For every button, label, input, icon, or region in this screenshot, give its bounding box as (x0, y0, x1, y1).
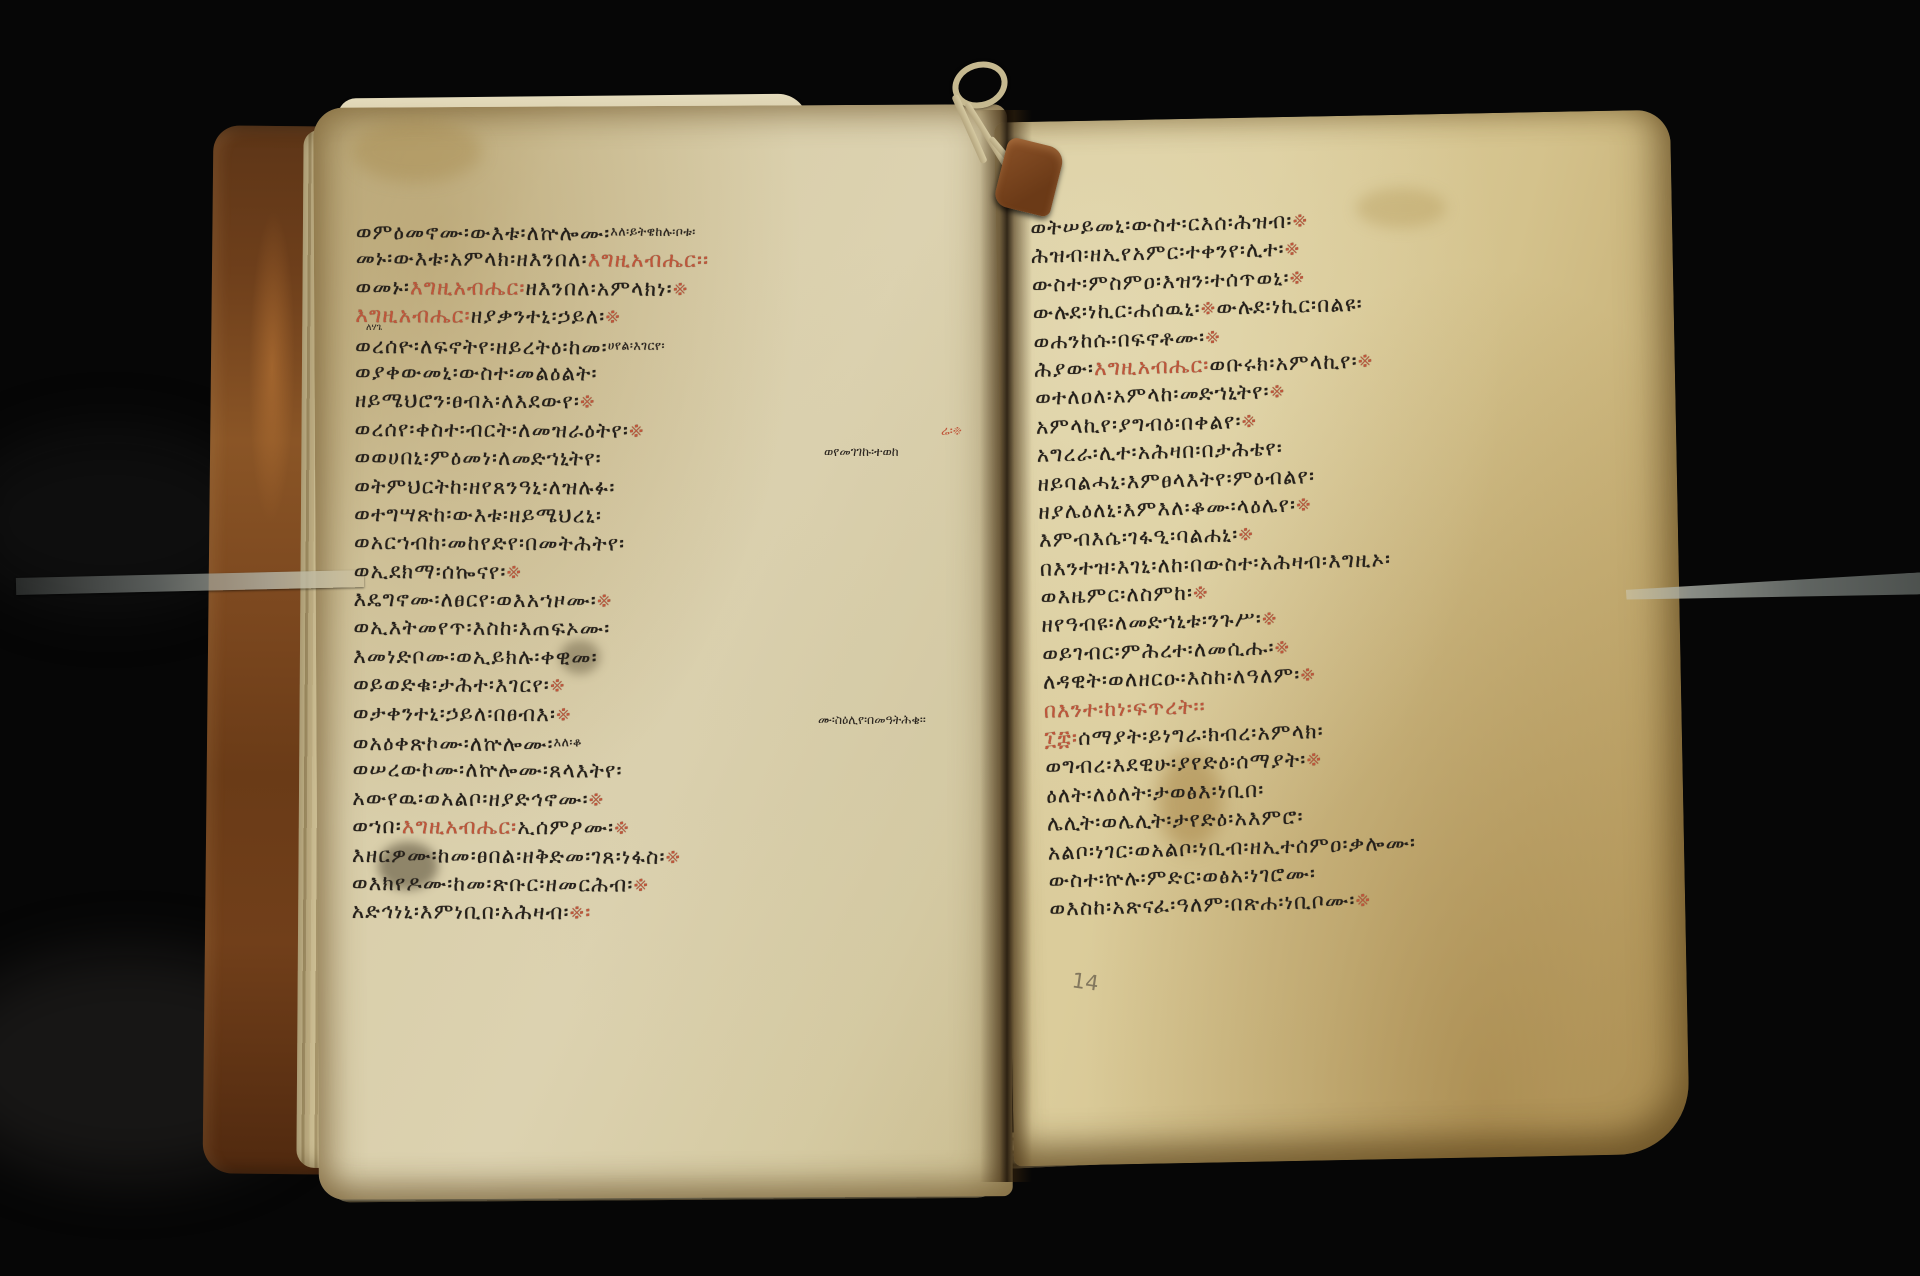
red-ink-text: ፠ (1289, 265, 1305, 289)
manuscript-photograph: ወምዕመኖሙ፡ውእቱ፡ለኵሎሙ፡እለ፡ይትዌከሉ፡ቦቱ፡መኑ፡ውእቱ፡አምላክ፡… (0, 0, 1920, 1276)
black-ink-text: ዘእንበለ፡አምላክነ፡ (525, 276, 672, 301)
black-ink-text: ወይወድቁ፡ታሕተ፡እገርየ፡ (353, 672, 550, 697)
black-ink-text: ወኢደክማ፡ሰኰናየ፡ (354, 559, 507, 584)
margin-note: ወየመገገኩ፡ተወከ (824, 444, 899, 460)
red-ink-text: ፠ (1241, 408, 1257, 432)
black-ink-text: እምብእሴ፡ገፋዒ፡ባልሐኒ፡ (1039, 523, 1239, 553)
red-ink-text: ፲፰፡ (1044, 726, 1078, 751)
black-ink-text: እዘርዎሙ፡ከመ፡ፀበል፡ዘቅድመ፡ገጸ፡ነፋስ፡ (352, 843, 666, 869)
red-ink-text: ፠ (1355, 888, 1371, 912)
black-ink-text: ዘያሌዕለኒ፡እምእለ፡ቆሙ፡ላዕሌየ፡ (1038, 493, 1297, 524)
black-ink-text: ሌሊት፡ወሌሊት፡ታየድዕ፡አእምሮ፡ (1047, 805, 1304, 836)
text-line: ወምዕመኖሙ፡ውእቱ፡ለኵሎሙ፡እለ፡ይትዌከሉ፡ቦቱ፡ (356, 216, 1004, 248)
red-ink-text: ፠ (1292, 208, 1308, 232)
red-ink-text: ፠ (597, 589, 613, 613)
black-ink-text: እለ፡ቆ (554, 734, 582, 749)
red-ink-text: ፠ (634, 873, 650, 897)
margin-note: ሙ፡ስዕሊየ፡በመዓትሕቄ፡፡ (818, 712, 926, 728)
black-ink-text: ወወሀበኒ፡ምዕመነ፡ለመድኀኒትየ፡ (354, 445, 602, 471)
red-ink-text: ፠ (550, 673, 566, 697)
left-page-text-column: ወምዕመኖሙ፡ውእቱ፡ለኵሎሙ፡እለ፡ይትዌከሉ፡ቦቱ፡መኑ፡ውእቱ፡አምላክ፡… (352, 216, 1004, 930)
text-line: መኑ፡ውእቱ፡አምላክ፡ዘእንበለ፡እግዚአብሔር፡፡ (356, 244, 1004, 276)
red-ink-text: ፠ (1193, 580, 1209, 604)
text-line: አድኅነኒ፡እምነቢበ፡አሕዛብ፡፠፡ (352, 897, 1000, 929)
red-ink-text: እግዚአብሔር፡፡ (588, 248, 710, 273)
red-ink-text: ፠ (507, 560, 523, 584)
black-ink-text: ወረሰዮ፡ለፍኖትየ፡ዘይረትዕ፡ከመ፡ (355, 334, 608, 360)
red-ink-text: ፠ (1284, 237, 1300, 261)
text-line: እዴግኖሙ፡ለፀርየ፡ወእአኀዞሙ፡፠ (354, 585, 1002, 617)
black-ink-text: ሰማያት፡ይነግራ፡ክብረ፡አምላክ፡ (1078, 719, 1324, 750)
text-line: እመነድቦሙ፡ወኢይክሉ፡ቀዊመ፡ (353, 642, 1001, 674)
red-ink-text: ፠ (1296, 492, 1312, 516)
red-ink-text: ፠ (589, 787, 605, 811)
text-line: ወወሀበኒ፡ምዕመነ፡ለመድኀኒትየ፡ (354, 443, 1002, 475)
black-ink-text: እመነድቦሙ፡ወኢይክሉ፡ቀዊመ፡ (353, 644, 598, 669)
red-ink-text: ፠ (614, 816, 630, 840)
black-ink-text: ዘይሜህሮን፡ፀብአ፡ለእደውየ፡ (355, 388, 580, 413)
margin-red-note: ሬ፡፠ (941, 424, 962, 439)
black-ink-text: ሀየል፡እገርየ፡ (608, 337, 665, 352)
black-ink-text: ወአርኀብከ፡መከየድየ፡በመትሕትየ፡ (354, 530, 626, 556)
black-ink-text: ወእዜምር፡ለስምከ፡ (1040, 581, 1193, 609)
parchment-stain (352, 120, 482, 182)
black-ink-text: ወሐንከሱ፡በፍኖቶሙ፡ (1033, 325, 1205, 354)
text-line: ወኀበ፡እግዚአብሔር፡ኢሰምዖሙ፡፠ (352, 812, 1000, 844)
red-ink-text: ፠ (1205, 324, 1221, 348)
right-page-text-column: ወትሠይመኒ፡ውስተ፡ርእሰ፡ሕዝብ፡፠ሕዝብ፡ዘኢየአምር፡ተቀንየ፡ሊተ፡፠… (1030, 197, 1670, 924)
black-ink-text: ዕለት፡ለዕለት፡ታወፅእ፡ነቢበ፡ (1046, 777, 1265, 807)
black-ink-text: ወእስከ፡አጽናፈ፡ዓለም፡በጽሐ፡ነቢቦሙ፡ (1049, 889, 1356, 922)
text-line: ወተግሣጽከ፡ውእቱ፡ዘይሜህረኒ፡ (354, 500, 1002, 532)
red-ink-text: ፠ (1357, 348, 1373, 372)
black-ink-text: ሕዝብ፡ዘኢየአምር፡ተቀንየ፡ሊተ፡ (1031, 237, 1285, 268)
black-ink-text: እዴግኖሙ፡ለፀርየ፡ወእአኀዞሙ፡ (354, 587, 597, 612)
text-line: እግዚአብሔር፡ዘያቃንተኒ፡ኃይለ፡፠ (355, 301, 1003, 333)
red-ink-text: ፠ (1262, 607, 1278, 631)
black-ink-text: እለ፡ይትዌከሉ፡ቦቱ፡ (610, 224, 695, 240)
black-ink-text: ወታቀንተኒ፡ኃይለ፡በፀብእ፡ (353, 701, 556, 726)
red-ink-text: ፠ (556, 702, 572, 726)
red-ink-text: ፠ (629, 418, 645, 442)
red-ink-text: በእንተ፡ከነ፡ፍጥረት፡፡ (1044, 694, 1207, 723)
black-ink-text: አግረራ፡ሊተ፡አሕዛበ፡በታሕቴየ፡ (1036, 436, 1283, 467)
text-line: እዘርዎሙ፡ከመ፡ፀበል፡ዘቅድመ፡ገጸ፡ነፋስ፡፠ (352, 841, 1000, 873)
text-line: ወረሰየ፡ቀስተ፡ብርት፡ለመዝራዕትየ፡፠ (355, 415, 1003, 447)
text-line: ወእክየዶሙ፡ከመ፡ጽቡር፡ዘመርሕብ፡፠ (352, 869, 1000, 901)
red-ink-text: ፠ (666, 844, 682, 868)
pencil-page-number: 14 (1070, 968, 1100, 995)
red-ink-text: ፠ (1201, 296, 1217, 320)
black-ink-text: ወይገብር፡ምሕረተ፡ለመሲሑ፡ (1042, 635, 1275, 665)
red-ink-text: እግዚአብሔር፡ (1094, 353, 1210, 380)
text-line: ወይወድቁ፡ታሕተ፡እገርየ፡፠ (353, 670, 1001, 702)
text-line: ወአርኀብከ፡መከየድየ፡በመትሕትየ፡ (354, 528, 1002, 560)
black-ink-text: ወመኑ፡ (355, 275, 410, 299)
red-ink-text: እግዚአብሔር፡ (410, 275, 526, 300)
black-ink-text: አውየዉ፡ወአልቦ፡ዘያድኅኖሙ፡ (352, 786, 589, 811)
black-ink-text: ወረሰየ፡ቀስተ፡ብርት፡ለመዝራዕትየ፡ (355, 417, 629, 443)
black-ink-text: ወግብረ፡እደዊሁ፡ያየድዕ፡ሰማያት፡ (1045, 748, 1307, 779)
black-ink-text: ወአዕቀጽኮሙ፡ለኵሎሙ፡ (353, 731, 554, 756)
black-ink-text: ወትምህርትከ፡ዘየጸንዓኒ፡ለዝሉፉ፡ (354, 474, 615, 500)
black-ink-text: ወተግሣጽከ፡ውእቱ፡ዘይሜህረኒ፡ (354, 502, 602, 528)
black-ink-text: መኑ፡ውእቱ፡አምላክ፡ዘእንበለ፡ (356, 246, 588, 271)
black-ink-text: ወኢእትመየጥ፡እስከ፡እጠፍኦሙ፡ (353, 615, 610, 641)
text-line: አውየዉ፡ወአልቦ፡ዘያድኅኖሙ፡፠ (352, 784, 1000, 816)
red-ink-text: እግዚአብሔር፡ (402, 814, 518, 839)
black-ink-text: ዘየዓብዩ፡ለመድኀኒቱ፡ንጉሥ፡ (1041, 607, 1262, 637)
red-ink-text: ፠ (605, 305, 621, 329)
black-ink-text: አድኅነኒ፡እምነቢበ፡አሕዛብ፡ (352, 899, 570, 924)
text-line: ወትምህርትከ፡ዘየጸንዓኒ፡ለዝሉፉ፡ (354, 472, 1002, 504)
text-line: ወሠረውኮሙ፡ለኵሎሙ፡ጸላእትየ፡ (353, 755, 1001, 787)
red-ink-text: ፠፡ (570, 901, 592, 925)
black-ink-text: ውሉደ፡ነኪር፡ሐሰዉኒ፡ (1032, 296, 1201, 325)
black-ink-text: ወያቀውመኒ፡ውስተ፡መልዕልት፡ (355, 360, 598, 385)
red-ink-text: ፠ (1306, 747, 1322, 771)
red-ink-text: ፠ (1238, 522, 1254, 546)
text-line: ወኢደክማ፡ሰኰናየ፡፠ (354, 557, 1002, 589)
black-ink-text: ሕያው፡ (1034, 356, 1094, 382)
black-ink-text: አምላኪየ፡ያግብዕ፡በቀልየ፡ (1036, 409, 1242, 439)
black-ink-text: ወእክየዶሙ፡ከመ፡ጽቡር፡ዘመርሕብ፡ (352, 871, 634, 897)
black-ink-text: ኢሰምዖሙ፡ (517, 815, 614, 840)
black-ink-text: ወተለዐለ፡አምላከ፡መድኀኒትየ፡ (1035, 380, 1270, 411)
black-ink-text: ውሉደ፡ነኪር፡በልዩ፡ (1216, 292, 1363, 320)
black-ink-text: ዘያቃንተኒ፡ኃይለ፡ (471, 304, 606, 329)
black-ink-text: ለዳዊት፡ወለዘርዑ፡እስከ፡ለዓለም፡ (1043, 663, 1301, 694)
red-ink-text: ፠ (1269, 379, 1285, 403)
red-ink-text: ፠ (1274, 635, 1290, 659)
interlinear-superscript-note: ለሃጌ (366, 322, 382, 333)
black-ink-text: ወምዕመኖሙ፡ውእቱ፡ለኵሎሙ፡ (356, 220, 611, 246)
text-line: ዘይሜህሮን፡ፀብአ፡ለእደውየ፡፠ (355, 386, 1003, 418)
red-ink-text: ፠ (1300, 662, 1316, 686)
black-ink-text: ወሠረውኮሙ፡ለኵሎሙ፡ጸላእትየ፡ (353, 757, 623, 783)
black-ink-text: ወኀበ፡ (352, 814, 402, 838)
text-line: ወኢእትመየጥ፡እስከ፡እጠፍኦሙ፡ (353, 613, 1001, 645)
black-ink-text: ወቡሩክ፡አምላኪየ፡ (1209, 349, 1358, 377)
red-ink-text: ፠ (673, 277, 689, 301)
text-line: ወመኑ፡እግዚአብሔር፡ዘእንበለ፡አምላክነ፡፠ (355, 273, 1003, 305)
text-line: ወረሰዮ፡ለፍኖትየ፡ዘይረትዕ፡ከመ፡ሀየል፡እገርየ፡ (355, 330, 1003, 362)
text-line: ወያቀውመኒ፡ውስተ፡መልዕልት፡ (355, 358, 1003, 390)
text-line: ወአዕቀጽኮሙ፡ለኵሎሙ፡እለ፡ቆ (353, 727, 1001, 759)
red-ink-text: ፠ (580, 390, 596, 414)
